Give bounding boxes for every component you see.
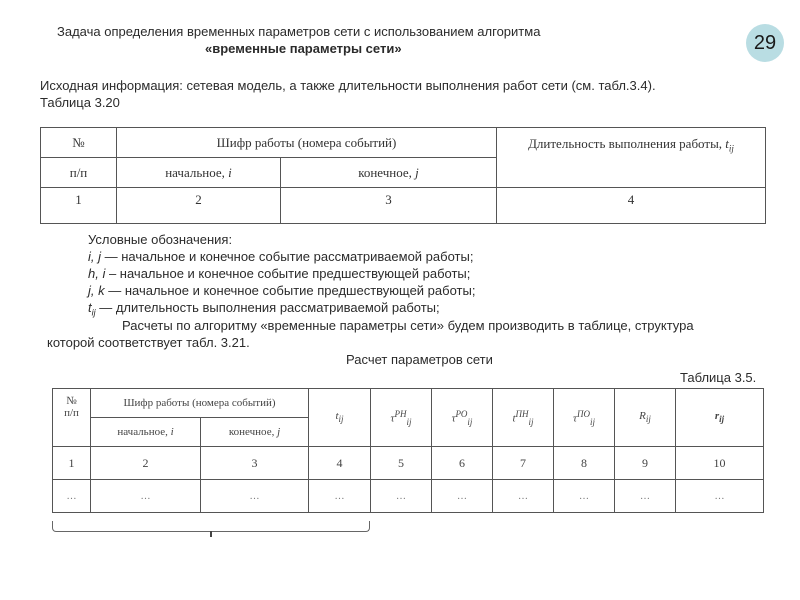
cell: 7: [493, 447, 554, 480]
cell: 1: [41, 188, 117, 224]
table-number: Таблица 3.5.: [680, 370, 756, 385]
header-start: начальное, i: [117, 158, 281, 188]
legend-item: h, i – начальное и конечное событие пред…: [88, 265, 475, 282]
cell: …: [53, 480, 91, 513]
header-end: конечное, j: [201, 418, 309, 447]
calc-text-line1: Расчеты по алгоритму «временные параметр…: [122, 318, 694, 333]
cell: 2: [91, 447, 201, 480]
header-t-pn: tПНij: [493, 389, 554, 447]
header-num: №: [41, 128, 117, 158]
cell: 9: [615, 447, 676, 480]
network-parameters-table: №п/п Шифр работы (номера событий) tij τР…: [52, 388, 764, 513]
cell: 4: [497, 188, 766, 224]
header-code: Шифр работы (номера событий): [91, 389, 309, 418]
header-pp: п/п: [41, 158, 117, 188]
table-row: 1 2 3 4 5 6 7 8 9 10: [53, 447, 764, 480]
header-code: Шифр работы (номера событий): [117, 128, 497, 158]
cell: 3: [201, 447, 309, 480]
intro-text: Исходная информация: сетевая модель, а т…: [40, 78, 656, 93]
legend-item: i, j — начальное и конечное событие расс…: [88, 248, 475, 265]
cell: 5: [371, 447, 432, 480]
cell: …: [432, 480, 493, 513]
cell: …: [554, 480, 615, 513]
cell: …: [676, 480, 764, 513]
header-end: конечное, j: [281, 158, 497, 188]
cell: …: [309, 480, 371, 513]
cell: …: [91, 480, 201, 513]
header-r-big: Rij: [615, 389, 676, 447]
cell: 1: [53, 447, 91, 480]
legend-title: Условные обозначения:: [88, 231, 475, 248]
slide-title-line1: Задача определения временных параметров …: [57, 24, 540, 39]
grouping-brace-tick: [210, 531, 212, 537]
header-duration: Длительность выполнения работы, tij: [497, 128, 766, 188]
cell: 10: [676, 447, 764, 480]
legend: Условные обозначения: i, j — начальное и…: [88, 231, 475, 322]
calc-text-line2: которой соответствует табл. 3.21.: [47, 335, 250, 350]
header-r-small: rij: [676, 389, 764, 447]
cell: 4: [309, 447, 371, 480]
header-tau-rn: τРНij: [371, 389, 432, 447]
cell: …: [201, 480, 309, 513]
table-3-20-label: Таблица 3.20: [40, 95, 120, 110]
header-start: начальное, i: [91, 418, 201, 447]
header-tau-po: τПОij: [554, 389, 615, 447]
cell: …: [615, 480, 676, 513]
cell: 2: [117, 188, 281, 224]
cell: 6: [432, 447, 493, 480]
source-data-table: № Шифр работы (номера событий) Длительно…: [40, 127, 766, 224]
legend-item: j, k — начальное и конечное событие пред…: [88, 282, 475, 299]
cell: …: [493, 480, 554, 513]
cell: 3: [281, 188, 497, 224]
table-caption: Расчет параметров сети: [346, 352, 493, 367]
cell: …: [371, 480, 432, 513]
header-t-ij: tij: [309, 389, 371, 447]
cell: 8: [554, 447, 615, 480]
slide-title-line2: «временные параметры сети»: [205, 41, 402, 56]
header-tau-ro: τРОij: [432, 389, 493, 447]
table-row: … … … … … … … … … …: [53, 480, 764, 513]
slide-number-badge: 29: [746, 24, 784, 62]
header-num: №п/п: [53, 389, 91, 447]
